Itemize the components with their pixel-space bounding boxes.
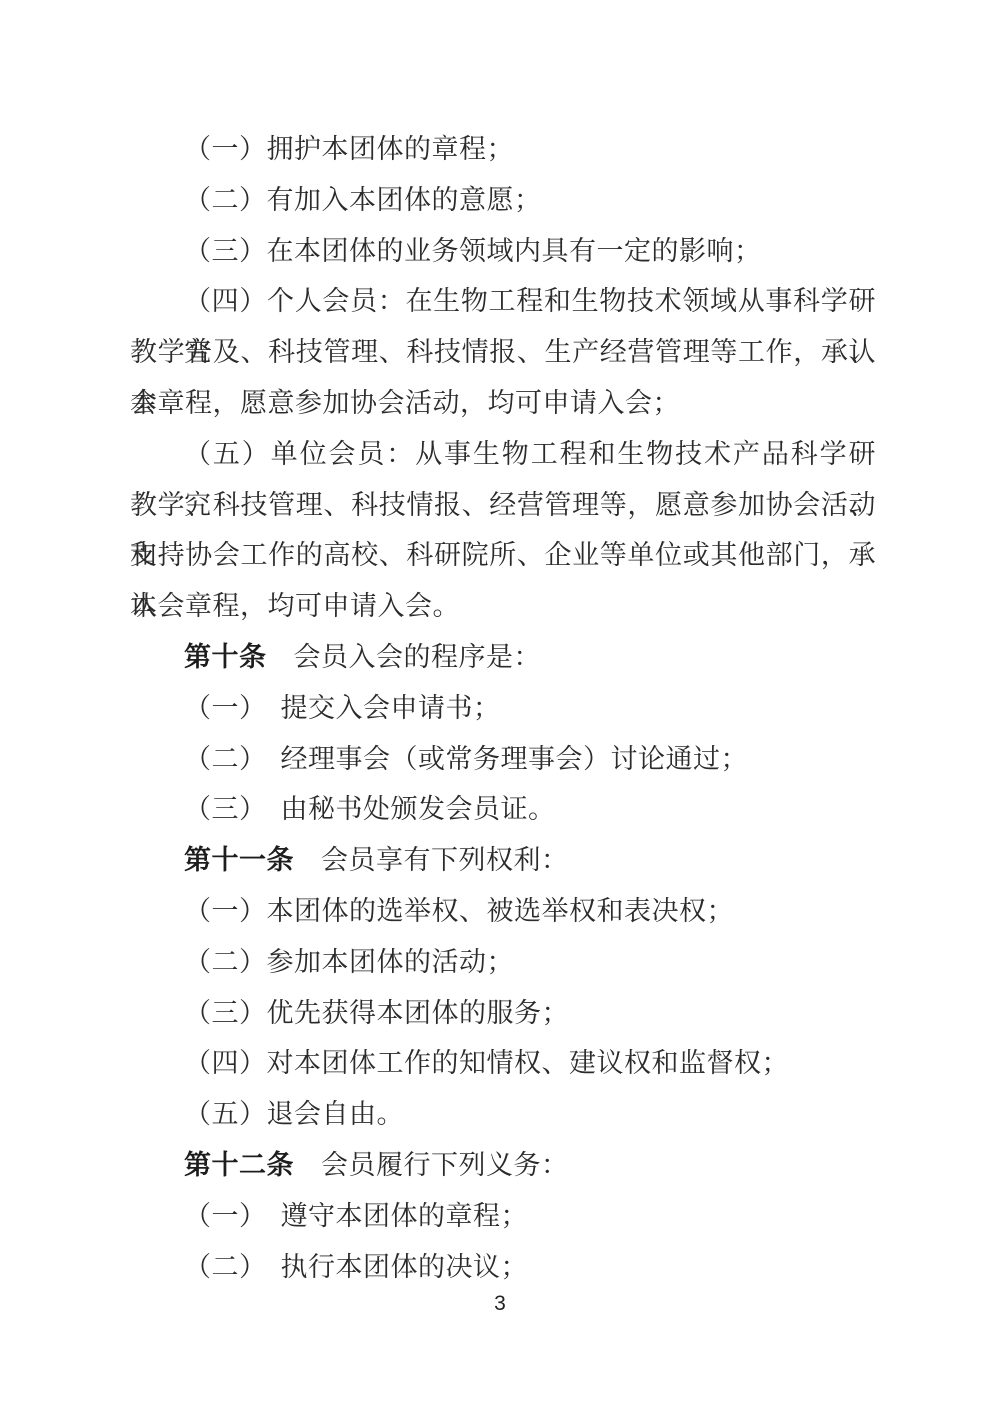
clause-item: （一）拥护本团体的章程； — [130, 124, 876, 175]
article-number: 第十二条 — [184, 1150, 294, 1180]
article-number: 第十条 — [184, 642, 267, 672]
clause-item: （二）参加本团体的活动； — [130, 937, 876, 988]
clause-item: （二）有加入本团体的意愿； — [130, 175, 876, 226]
paragraph-continuation: 支持协会工作的高校、科研院所、企业等单位或其他部门，承认 — [130, 530, 876, 581]
article-heading-text: 会员享有下列权利： — [321, 845, 569, 875]
article-heading-text: 会员入会的程序是： — [294, 642, 542, 672]
clause-item: （四）个人会员：在生物工程和生物技术领域从事科学研究、 — [130, 276, 876, 327]
document-body: （一）拥护本团体的章程； （二）有加入本团体的意愿； （三）在本团体的业务领域内… — [130, 124, 876, 1292]
clause-item: （一） 提交入会申请书； — [130, 683, 876, 734]
paragraph-continuation: 教学普及、科技管理、科技情报、生产经营管理等工作，承认本 — [130, 327, 876, 378]
clause-item: （一） 遵守本团体的章程； — [130, 1191, 876, 1242]
article-heading-11: 第十一条会员享有下列权利： — [130, 835, 876, 886]
paragraph-continuation: 会章程，愿意参加协会活动，均可申请入会； — [130, 378, 876, 429]
clause-item: （二） 经理事会（或常务理事会）讨论通过； — [130, 734, 876, 785]
paragraph-continuation: 教学、科技管理、科技情报、经营管理等，愿意参加协会活动和 — [130, 480, 876, 531]
article-heading-12: 第十二条会员履行下列义务： — [130, 1140, 876, 1191]
article-number: 第十一条 — [184, 845, 294, 875]
clause-item: （三）优先获得本团体的服务； — [130, 988, 876, 1039]
clause-item: （四）对本团体工作的知情权、建议权和监督权； — [130, 1038, 876, 1089]
clause-item: （一）本团体的选举权、被选举权和表决权； — [130, 886, 876, 937]
clause-item: （三）在本团体的业务领域内具有一定的影响； — [130, 226, 876, 277]
article-heading-10: 第十条会员入会的程序是： — [130, 632, 876, 683]
paragraph-continuation: 本会章程，均可申请入会。 — [130, 581, 876, 632]
clause-item: （五）单位会员：从事生物工程和生物技术产品科学研究、 — [130, 429, 876, 480]
clause-item: （二） 执行本团体的决议； — [130, 1242, 876, 1293]
document-page: （一）拥护本团体的章程； （二）有加入本团体的意愿； （三）在本团体的业务领域内… — [0, 0, 1000, 1414]
clause-item: （三） 由秘书处颁发会员证。 — [130, 784, 876, 835]
page-number: 3 — [0, 1288, 1000, 1320]
clause-item: （五）退会自由。 — [130, 1089, 876, 1140]
article-heading-text: 会员履行下列义务： — [321, 1150, 569, 1180]
